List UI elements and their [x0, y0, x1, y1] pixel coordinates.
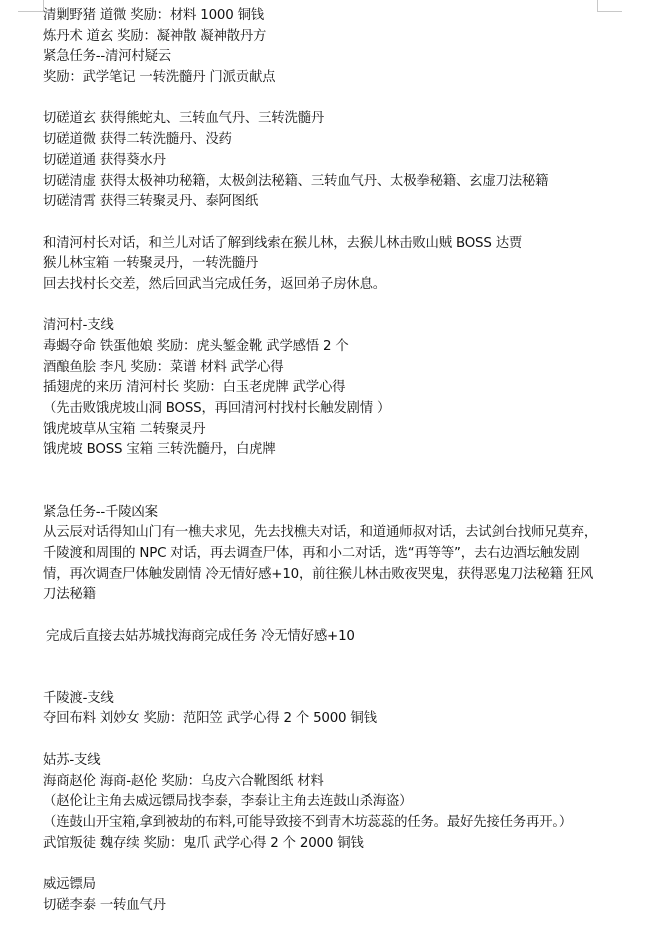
text-line: 完成后直接去姑苏城找海商完成任务 冷无情好感+10 [43, 627, 643, 648]
text-line: 海商赵伦 海商-赵伦 奖励：乌皮六合靴图纸 材料 [43, 772, 643, 793]
crop-mark-left-horizontal [18, 11, 44, 12]
section-heading: 威远镖局 [43, 875, 643, 896]
text-line: 切磋李泰 一转血气丹 [43, 896, 643, 917]
blank-line [43, 606, 643, 627]
blank-line [43, 482, 643, 503]
text-line: 酒酿鱼脍 李凡 奖励：菜谱 材料 武学心得 [43, 358, 643, 379]
text-line: （连鼓山开宝箱,拿到被劫的布料,可能导致接不到青木坊蕊蕊的任务。最好先接任务再开… [43, 813, 643, 834]
section-heading: 紧急任务--清河村疑云 [43, 47, 643, 68]
blank-line [43, 296, 643, 317]
text-line: 插翅虎的来历 清河村长 奖励：白玉老虎牌 武学心得 [43, 378, 643, 399]
text-line: 清剿野猪 道微 奖励：材料 1000 铜钱 [43, 6, 643, 27]
text-line: 炼丹术 道玄 奖励：凝神散 凝神散丹方 [43, 27, 643, 48]
text-line: 武馆叛徒 魏存续 奖励：鬼爪 武学心得 2 个 2000 铜钱 [43, 834, 643, 855]
blank-line [43, 668, 643, 689]
blank-line [43, 89, 643, 110]
section-heading: 千陵渡-支线 [43, 689, 643, 710]
text-line: 奖励：武学笔记 一转洗髓丹 门派贡献点 [43, 68, 643, 89]
blank-line [43, 461, 643, 482]
text-line: 饿虎坡草从宝箱 二转聚灵丹 [43, 420, 643, 441]
blank-line [43, 854, 643, 875]
section-heading: 姑苏-支线 [43, 751, 643, 772]
document-page: 清剿野猪 道微 奖励：材料 1000 铜钱 炼丹术 道玄 奖励：凝神散 凝神散丹… [43, 6, 643, 916]
blank-line [43, 730, 643, 751]
text-line: （先击败饿虎坡山洞 BOSS，再回清河村找村长触发剧情 ） [43, 399, 643, 420]
text-line: 切磋道微 获得二转洗髓丹、没药 [43, 130, 643, 151]
text-line: 回去找村长交差，然后回武当完成任务，返回弟子房休息。 [43, 275, 643, 296]
blank-line [43, 213, 643, 234]
text-line: 夺回布料 刘妙女 奖励：范阳笠 武学心得 2 个 5000 铜钱 [43, 709, 643, 730]
text-line: 毒蝎夺命 铁蛋他娘 奖励：虎头錾金靴 武学感悟 2 个 [43, 337, 643, 358]
section-heading: 清河村-支线 [43, 316, 643, 337]
text-line: 切磋清霄 获得三转聚灵丹、泰阿图纸 [43, 192, 643, 213]
text-line: 切磋清虚 获得太极神功秘籍，太极剑法秘籍、三转血气丹、太极拳秘籍、玄虚刀法秘籍 [43, 172, 643, 193]
text-line: 切磋道通 获得葵水丹 [43, 151, 643, 172]
text-line: 和清河村长对话，和兰儿对话了解到线索在猴儿林，去猴儿林击败山贼 BOSS 达贾 [43, 234, 643, 255]
text-line: 猴儿林宝箱 一转聚灵丹，一转洗髓丹 [43, 254, 643, 275]
paragraph: 从云辰对话得知山门有一樵夫求见，先去找樵夫对话，和道通师叔对话，去试剑台找师兄莫… [43, 523, 603, 606]
text-line: 饿虎坡 BOSS 宝箱 三转洗髓丹，白虎牌 [43, 440, 643, 461]
text-line: 切磋道玄 获得熊蛇丸、三转血气丹、三转洗髓丹 [43, 109, 643, 130]
text-line: （赵伦让主角去威远镖局找李泰，李泰让主角去连鼓山杀海盗） [43, 792, 643, 813]
blank-line [43, 647, 643, 668]
section-heading: 紧急任务--千陵凶案 [43, 503, 643, 524]
